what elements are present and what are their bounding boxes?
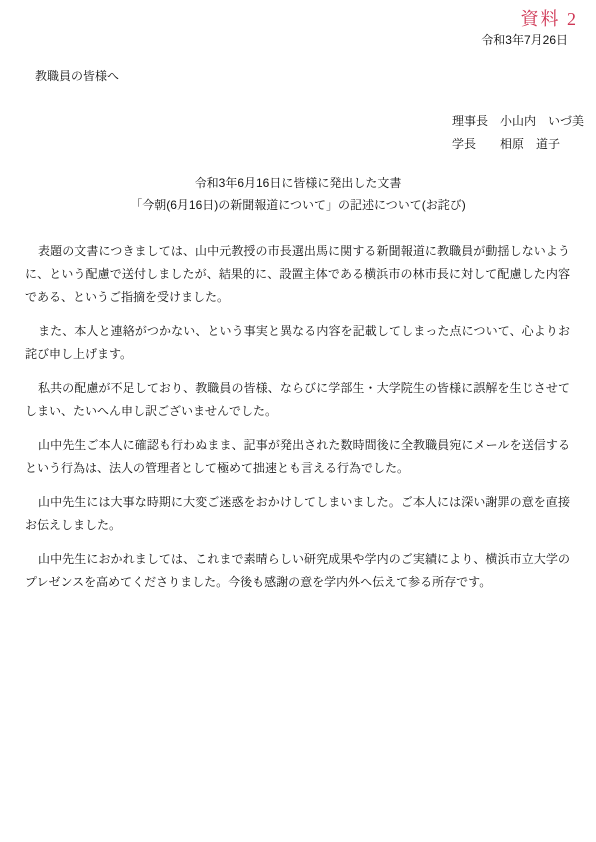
signatory-chairperson: 理事長 小山内 いづ美 xyxy=(452,110,596,133)
signature-block: 理事長 小山内 いづ美 学長 相原 道子 xyxy=(452,110,596,156)
paragraph-1: 表題の文書につきましては、山中元教授の市長選出馬に関する新聞報道に教職員が動揺し… xyxy=(25,240,570,309)
document-date: 令和3年7月26日 xyxy=(0,32,596,48)
letter-body: 表題の文書につきましては、山中元教授の市長選出馬に関する新聞報道に教職員が動揺し… xyxy=(0,240,596,594)
signatory-president: 学長 相原 道子 xyxy=(452,133,596,156)
paragraph-3: 私共の配慮が不足しており、教職員の皆様、ならびに学部生・大学院生の皆様に誤解を生… xyxy=(25,377,570,423)
subject-block: 令和3年6月16日に皆様に発出した文書 「今朝(6月16日)の新聞報道について」… xyxy=(0,172,596,216)
letter-page: 資料 2 令和3年7月26日 教職員の皆様へ 理事長 小山内 いづ美 学長 相原… xyxy=(0,0,596,842)
salutation: 教職員の皆様へ xyxy=(35,68,596,84)
subject-line-2: 「今朝(6月16日)の新聞報道について」の記述について(お詫び) xyxy=(0,194,596,216)
subject-line-1: 令和3年6月16日に皆様に発出した文書 xyxy=(0,172,596,194)
paragraph-4: 山中先生ご本人に確認も行わぬまま、記事が発出された数時間後に全教職員宛にメールを… xyxy=(25,434,570,480)
document-reference-label: 資料 2 xyxy=(0,0,596,30)
paragraph-6: 山中先生におかれましては、これまで素晴らしい研究成果や学内のご実績により、横浜市… xyxy=(25,548,570,594)
paragraph-5: 山中先生には大事な時期に大変ご迷惑をおかけしてしまいました。ご本人には深い謝罪の… xyxy=(25,491,570,537)
paragraph-2: また、本人と連絡がつかない、という事実と異なる内容を記載してしまった点について、… xyxy=(25,320,570,366)
